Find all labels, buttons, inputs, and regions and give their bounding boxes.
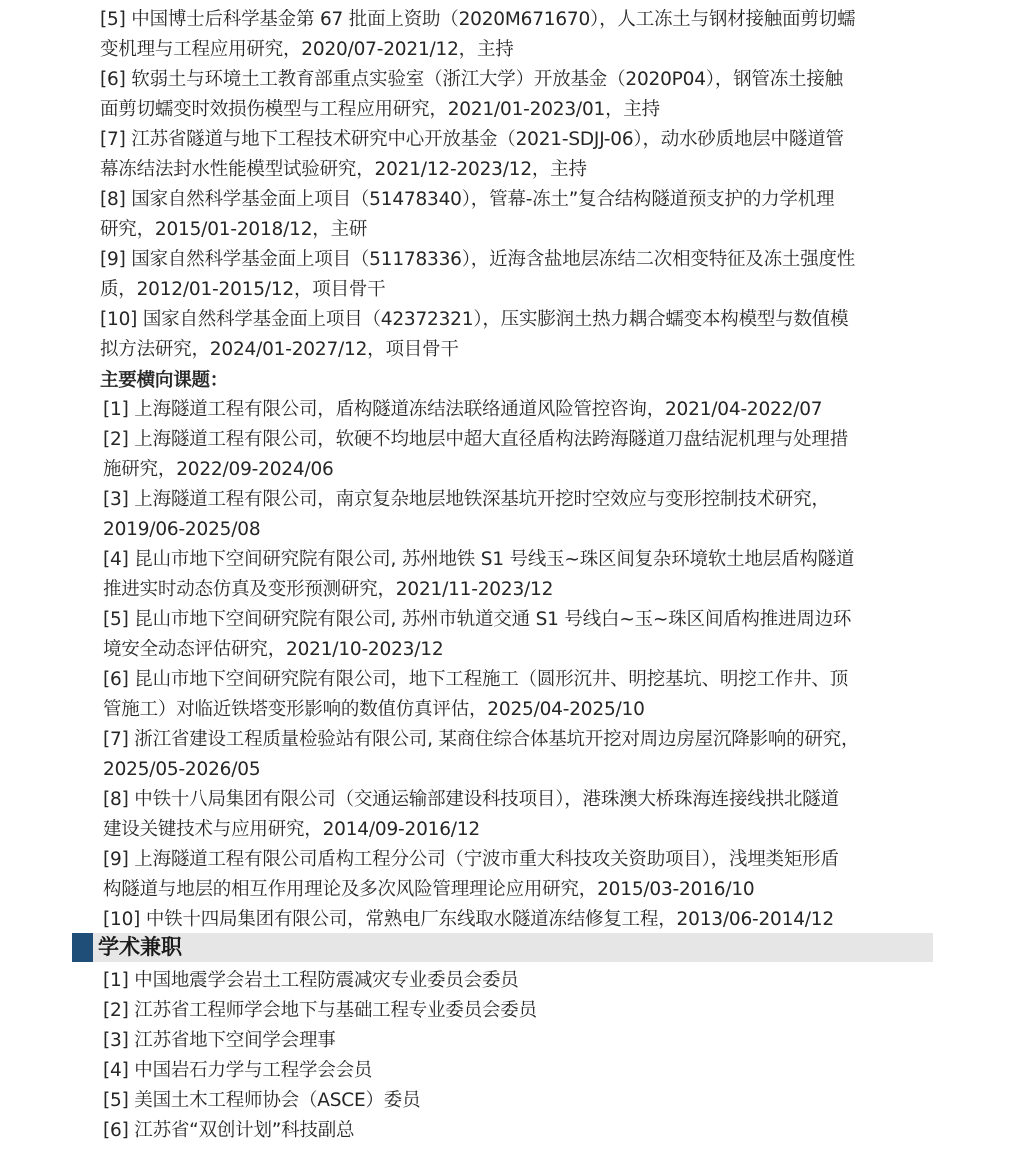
horizontal-project-7-line-1: [7] 浙江省建设工程质量检验站有限公司, 某商住综合体基坑开挖对周边房屋沉降影… [103,725,859,755]
horizontal-project-4-line-2: 推进实时动态仿真及变形预测研究，2021/11-2023/12 [103,575,553,605]
horizontal-project-4-line-1: [4] 昆山市地下空间研究院有限公司, 苏州地铁 S1 号线玉~珠区间复杂环境软… [103,545,854,575]
vertical-project-10-line-2: 拟方法研究，2024/01-2027/12，项目骨干 [100,335,459,365]
horizontal-project-2-line-2: 施研究，2022/09-2024/06 [103,455,334,485]
section-header-academic-positions: 学术兼职 [72,933,933,962]
horizontal-project-9-line-2: 构隧道与地层的相互作用理论及多次风险管理理论应用研究，2015/03-2016/… [103,875,755,905]
vertical-project-6-line-2: 面剪切蠕变时效损伤模型与工程应用研究，2021/01-2023/01，主持 [100,95,660,125]
vertical-project-5-line-1: [5] 中国博士后科学基金第 67 批面上资助（2020M671670），人工冻… [100,5,855,35]
horizontal-project-1-line-1: [1] 上海隧道工程有限公司，盾构隧道冻结法联络通道风险管控咨询，2021/04… [103,395,822,425]
academic-position-item: [2] 江苏省工程师学会地下与基础工程专业委员会委员 [103,996,537,1026]
horizontal-project-7-line-2: 2025/05-2026/05 [103,755,260,785]
horizontal-project-6-line-2: 管施工）对临近铁塔变形影响的数值仿真评估，2025/04-2025/10 [103,695,645,725]
vertical-project-8-line-2: 研究，2015/01-2018/12，主研 [100,215,367,245]
academic-position-item: [4] 中国岩石力学与工程学会会员 [103,1056,372,1086]
horizontal-project-8-line-2: 建设关键技术与应用研究，2014/09-2016/12 [103,815,480,845]
academic-position-item: [3] 江苏省地下空间学会理事 [103,1026,336,1056]
horizontal-project-6-line-1: [6] 昆山市地下空间研究院有限公司，地下工程施工（圆形沉井、明挖基坑、明挖工作… [103,665,848,695]
academic-position-item: [6] 江苏省“双创计划”科技副总 [103,1116,354,1146]
horizontal-project-10-line-1: [10] 中铁十四局集团有限公司，常熟电厂东线取水隧道冻结修复工程，2013/0… [103,905,834,935]
academic-position-item: [5] 美国土木工程师协会（ASCE）委员 [103,1086,420,1116]
horizontal-project-2-line-1: [2] 上海隧道工程有限公司，软硬不均地层中超大直径盾构法跨海隧道刀盘结泥机理与… [103,425,848,455]
section-accent-marker [72,933,93,962]
section-title: 学术兼职 [98,932,182,962]
vertical-project-7-line-1: [7] 江苏省隧道与地下工程技术研究中心开放基金（2021-SDJJ-06），动… [100,125,844,155]
vertical-project-8-line-1: [8] 国家自然科学基金面上项目（51478340），管幕-冻土”复合结构隧道预… [100,185,834,215]
vertical-project-6-line-1: [6] 软弱土与环境土工教育部重点实验室（浙江大学）开放基金（2020P04），… [100,65,843,95]
horizontal-project-3-line-1: [3] 上海隧道工程有限公司，南京复杂地层地铁深基坑开挖时空效应与变形控制技术研… [103,485,830,515]
vertical-project-9-line-2: 质，2012/01-2015/12，项目骨干 [100,275,386,305]
horizontal-project-5-line-2: 境安全动态评估研究，2021/10-2023/12 [103,635,443,665]
vertical-project-9-line-1: [9] 国家自然科学基金面上项目（51178336），近海含盐地层冻结二次相变特… [100,245,855,275]
horizontal-projects-heading: 主要横向课题： [100,366,228,396]
horizontal-project-3-line-2: 2019/06-2025/08 [103,515,260,545]
vertical-project-7-line-2: 幕冻结法封水性能模型试验研究，2021/12-2023/12，主持 [100,155,587,185]
vertical-project-10-line-1: [10] 国家自然科学基金面上项目（42372321），压实膨润土热力耦合蠕变本… [100,305,848,335]
horizontal-project-5-line-1: [5] 昆山市地下空间研究院有限公司, 苏州市轨道交通 S1 号线白~玉~珠区间… [103,605,851,635]
horizontal-project-9-line-1: [9] 上海隧道工程有限公司盾构工程分公司（宁波市重大科技攻关资助项目），浅埋类… [103,845,839,875]
horizontal-project-8-line-1: [8] 中铁十八局集团有限公司（交通运输部建设科技项目），港珠澳大桥珠海连接线拱… [103,785,839,815]
academic-position-item: [1] 中国地震学会岩土工程防震减灾专业委员会委员 [103,966,519,996]
vertical-project-5-line-2: 变机理与工程应用研究，2020/07-2021/12，主持 [100,35,514,65]
